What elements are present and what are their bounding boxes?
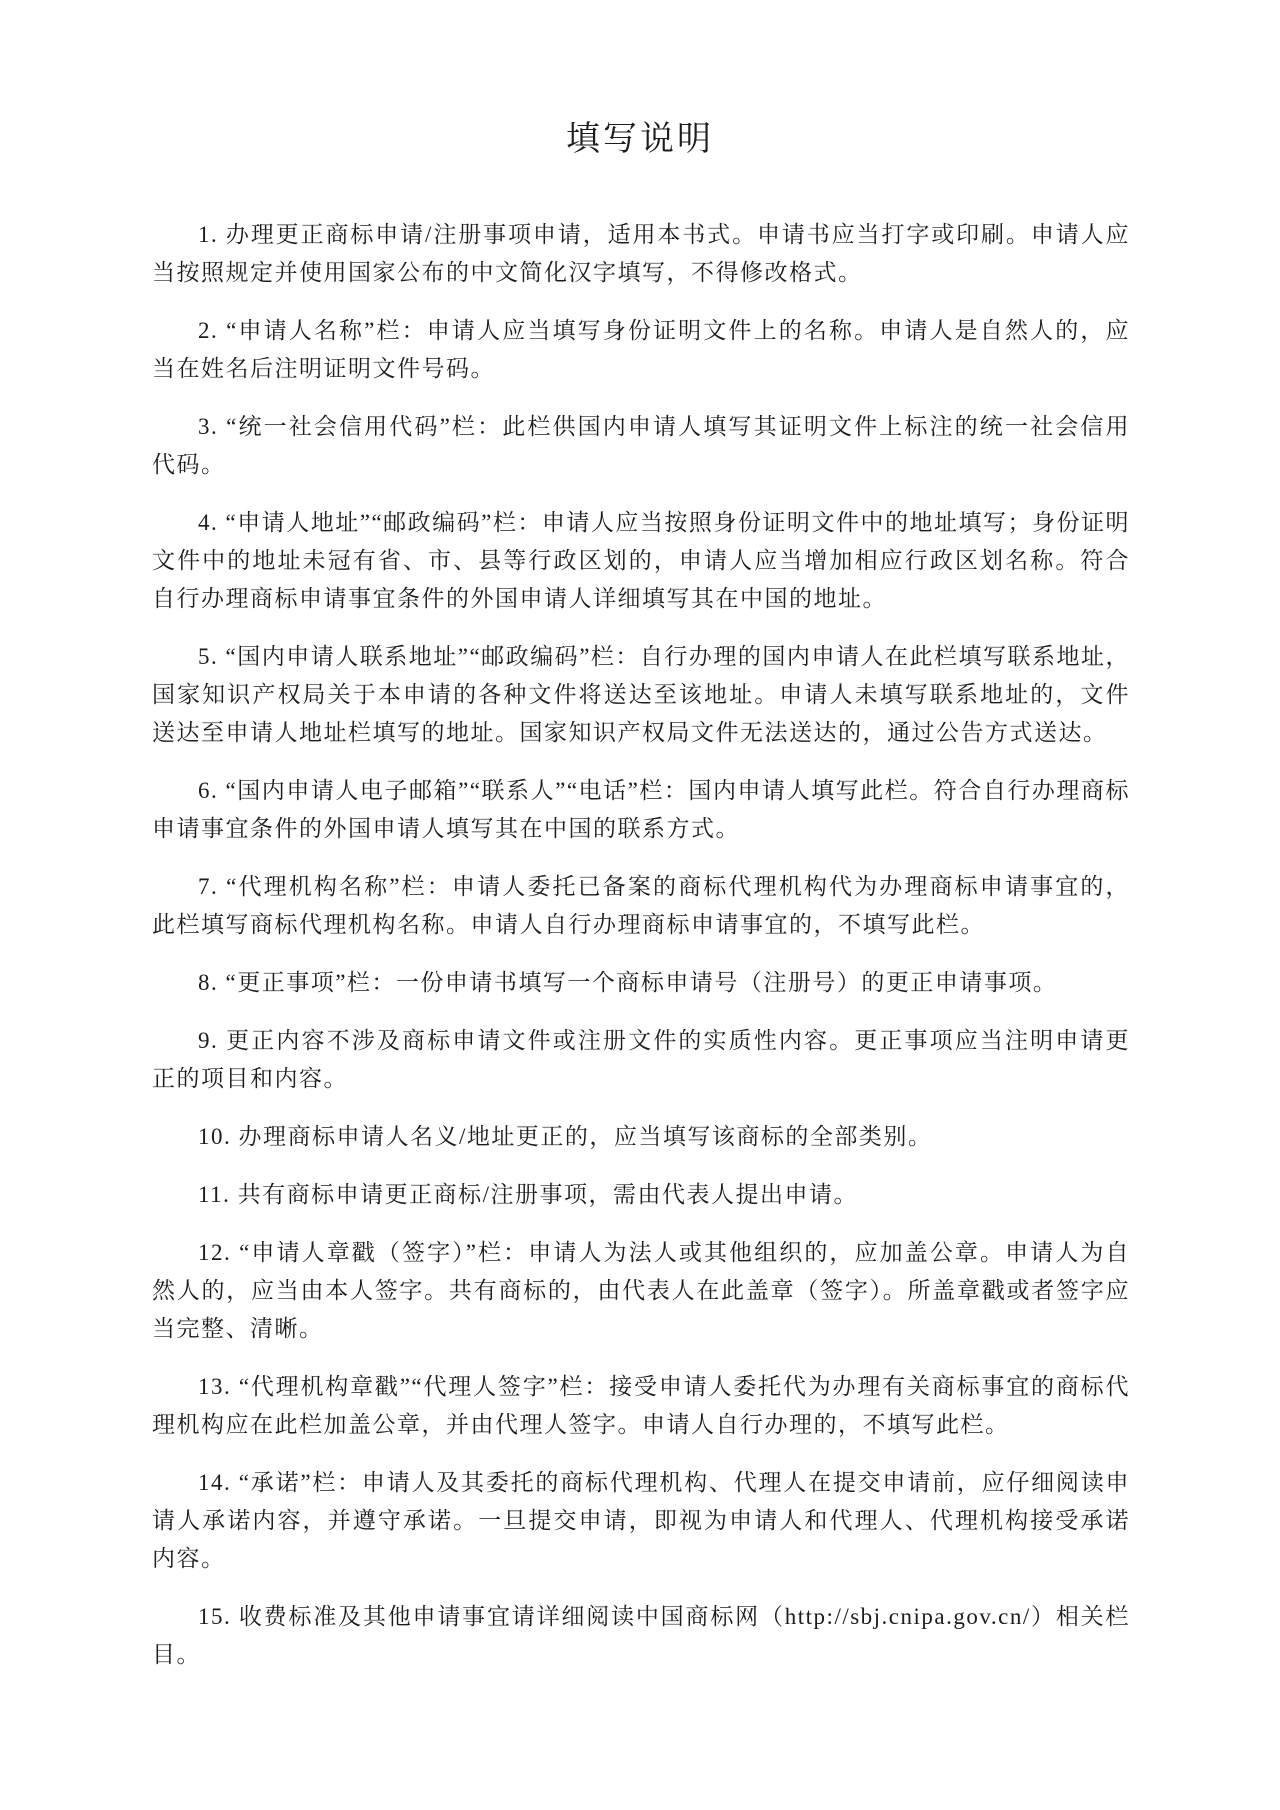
instruction-item-1: 1. 办理更正商标申请/注册事项申请，适用本书式。申请书应当打字或印刷。申请人应… (152, 216, 1130, 292)
instruction-item-3: 3. “统一社会信用代码”栏：此栏供国内申请人填写其证明文件上标注的统一社会信用… (152, 408, 1130, 484)
instruction-item-8: 8. “更正事项”栏：一份申请书填写一个商标申请号（注册号）的更正申请事项。 (152, 964, 1130, 1002)
instruction-item-5: 5. “国内申请人联系地址”“邮政编码”栏：自行办理的国内申请人在此栏填写联系地… (152, 638, 1130, 752)
instruction-item-6: 6. “国内申请人电子邮箱”“联系人”“电话”栏：国内申请人填写此栏。符合自行办… (152, 772, 1130, 848)
instruction-item-9: 9. 更正内容不涉及商标申请文件或注册文件的实质性内容。更正事项应当注明申请更正… (152, 1022, 1130, 1098)
instruction-item-7: 7. “代理机构名称”栏：申请人委托已备案的商标代理机构代为办理商标申请事宜的，… (152, 868, 1130, 944)
page-title: 填写说明 (0, 0, 1280, 160)
instruction-item-14: 14. “承诺”栏：申请人及其委托的商标代理机构、代理人在提交申请前，应仔细阅读… (152, 1464, 1130, 1578)
instruction-item-15: 15. 收费标准及其他申请事宜请详细阅读中国商标网（http://sbj.cni… (152, 1598, 1130, 1674)
instruction-item-12: 12. “申请人章戳（签字）”栏：申请人为法人或其他组织的，应加盖公章。申请人为… (152, 1234, 1130, 1348)
instruction-item-13: 13. “代理机构章戳”“代理人签字”栏：接受申请人委托代为办理有关商标事宜的商… (152, 1368, 1130, 1444)
instructions-list: 1. 办理更正商标申请/注册事项申请，适用本书式。申请书应当打字或印刷。申请人应… (152, 216, 1130, 1674)
instruction-item-2: 2. “申请人名称”栏：申请人应当填写身份证明文件上的名称。申请人是自然人的，应… (152, 312, 1130, 388)
document-page: 填写说明 1. 办理更正商标申请/注册事项申请，适用本书式。申请书应当打字或印刷… (0, 0, 1280, 1810)
instruction-item-10: 10. 办理商标申请人名义/地址更正的，应当填写该商标的全部类别。 (152, 1118, 1130, 1156)
instruction-item-4: 4. “申请人地址”“邮政编码”栏：申请人应当按照身份证明文件中的地址填写；身份… (152, 504, 1130, 618)
instruction-item-11: 11. 共有商标申请更正商标/注册事项，需由代表人提出申请。 (152, 1176, 1130, 1214)
